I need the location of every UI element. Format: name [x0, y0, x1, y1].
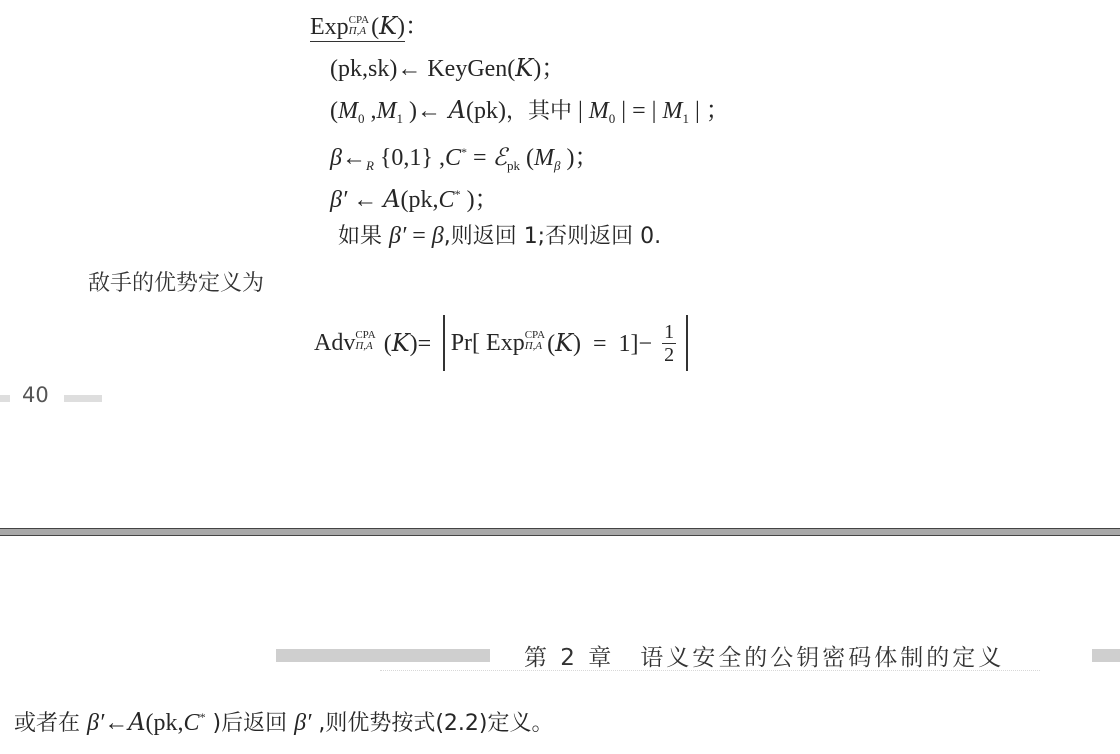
eq: =	[406, 223, 432, 249]
page-separator	[0, 528, 1120, 536]
beta-prime: β′	[294, 710, 311, 736]
enc-sub: pk	[507, 158, 520, 173]
if-text: 如果	[338, 224, 389, 249]
frac-den: 2	[664, 344, 674, 366]
m-close: )	[403, 98, 417, 124]
exp-k: K	[379, 12, 397, 40]
random-arrow-icon: ←	[342, 145, 366, 171]
abs-bar-right	[686, 315, 688, 371]
m0-sub: 0	[358, 111, 365, 126]
page-number: 40	[22, 383, 49, 407]
m-beta-sub: β	[554, 158, 560, 173]
exp-scripts: CPAΠ,A	[349, 15, 369, 37]
len-m1: | M1 | ；	[652, 98, 730, 124]
c-star: *	[455, 187, 461, 201]
exp-sub: Π,A	[349, 26, 369, 37]
set-text: {0,1} ,C*	[374, 145, 467, 171]
adv-arg: (K)=	[378, 329, 437, 358]
beta: β	[432, 223, 444, 249]
exp-colon: ：	[405, 14, 429, 40]
page-number-right-bar	[64, 395, 102, 402]
pr-scripts: CPAΠ,A	[525, 330, 545, 352]
advantage-intro: 敌手的优势定义为	[88, 266, 264, 297]
encrypt-symbol: ℰ	[493, 143, 508, 171]
pr-arg: (K) = 1]−	[547, 329, 658, 358]
adversary-symbol: A	[441, 96, 466, 124]
continuation-text: 或者在 β′←A(pk,C* )后返回 β′ ,则优势按式(2.2)定义。	[14, 703, 553, 738]
arrow-icon: ←	[104, 710, 128, 736]
beta-prime: β′	[389, 223, 406, 249]
continuation-cn2: )后返回	[206, 711, 295, 736]
header-bar-right	[1092, 649, 1120, 662]
adversary-symbol: A	[383, 185, 400, 213]
pr-text: Pr[ Exp	[451, 329, 525, 357]
step-output: 如果 β′ = β,则返回 1;否则返回 0.	[338, 222, 661, 251]
running-header: 第 2 章 语义安全的公钥密码体制的定义	[524, 639, 1004, 672]
adv-scripts: CPAΠ,A	[355, 330, 375, 352]
arrow-icon: ←	[417, 98, 441, 124]
step-messages: (M0 ,M1 )← A(pk)，其中 | M0 | = | M1 | ；	[330, 96, 730, 133]
continuation-cn3: ,则优势按式(2.2)定义。	[311, 711, 553, 736]
advantage-formula: AdvCPAΠ,A (K)= Pr[ ExpCPAΠ,A(K) = 1]− 12	[314, 314, 694, 372]
experiment-title-underlined: ExpCPAΠ,A(K)	[310, 14, 405, 42]
adv-arg: (pk)	[466, 98, 506, 124]
exp-open: (	[371, 14, 379, 40]
exp-label: Exp	[310, 14, 349, 40]
experiment-title: ExpCPAΠ,A(K)：	[310, 12, 429, 41]
random-sub: R	[366, 158, 374, 173]
len-m1-sub: 1	[682, 111, 689, 126]
header-bar-left	[276, 649, 490, 662]
len-m0-sub: 0	[609, 111, 616, 126]
arrow-icon: ←	[347, 187, 383, 213]
adv-label: Adv	[314, 329, 355, 357]
step-keygen: (pk,sk)← KeyGen(K)；	[330, 54, 565, 83]
m1: ,M1	[365, 98, 404, 124]
continuation-cn1: 或者在	[14, 711, 87, 736]
step-keygen-func: KeyGen(	[421, 56, 515, 82]
adv-sub: Π,A	[355, 341, 375, 352]
beta: β	[330, 145, 342, 171]
beta-prime: β′	[87, 710, 104, 736]
step-guess: β′ ← A(pk,C* )；	[330, 180, 499, 214]
one-half-fraction: 12	[662, 321, 676, 366]
len-m0: | M0 |	[572, 98, 632, 124]
beta-prime: β′	[330, 187, 347, 213]
m0: (M0	[330, 98, 365, 124]
eq: =	[467, 145, 493, 171]
return-text: ,则返回 1;否则返回 0.	[444, 224, 661, 249]
frac-num: 1	[662, 321, 676, 344]
page-number-left-bar	[0, 395, 10, 402]
where-text: ，其中	[506, 99, 572, 124]
exp-close: )	[397, 14, 405, 40]
pr-sub: Π,A	[525, 341, 545, 352]
eq: =	[632, 98, 652, 124]
adversary-symbol: A	[128, 708, 145, 736]
step-keygen-end: )；	[533, 56, 565, 82]
step-keygen-k: K	[515, 54, 533, 82]
arrow-icon: ←	[397, 56, 421, 82]
step-challenge: β←R {0,1} ,C* = ℰpk (Mβ )；	[330, 138, 599, 180]
enc-arg: (Mβ )；	[520, 145, 598, 171]
header-rule	[380, 670, 1040, 672]
abs-bar-left	[443, 315, 445, 371]
continuation-arg: (pk,C*	[146, 710, 206, 736]
guess-arg: (pk,C* )；	[401, 187, 499, 213]
step-keygen-lhs: (pk,sk)	[330, 56, 397, 82]
